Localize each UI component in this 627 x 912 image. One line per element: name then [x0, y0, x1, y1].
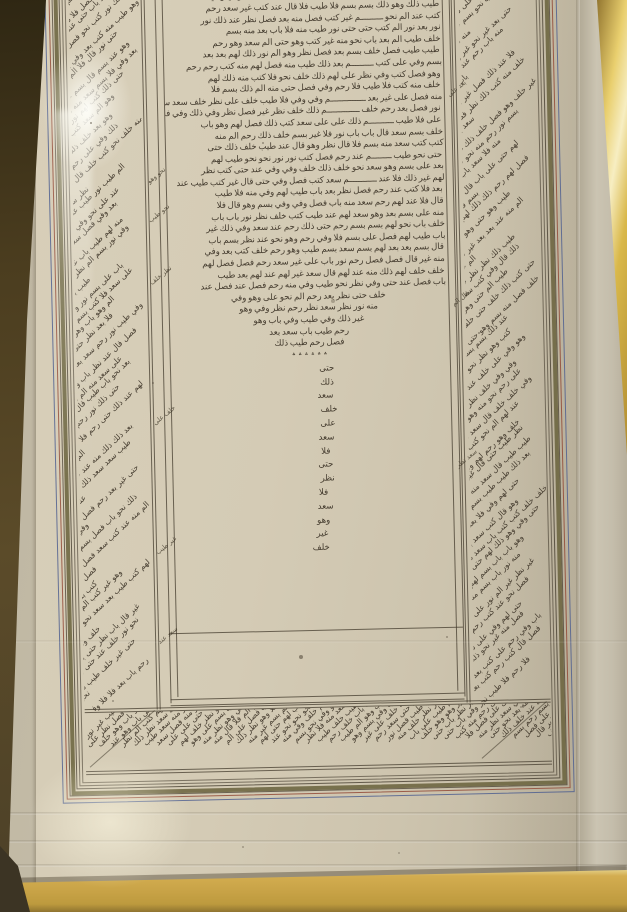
- glass-glare-bloom: [42, 44, 132, 172]
- colophon-taper-line: فصل رحم طيب ذلك: [262, 337, 357, 351]
- central-text-block: نظر عند الم ذلك ـــــــم سعد طيب سعد غير…: [161, 0, 453, 559]
- colophon-word-column: حتىذلكسعدخلفعلىسعدفلاحتىنظرفلاسعدوهوغيرخ…: [171, 360, 453, 559]
- paper-crease: [0, 640, 627, 643]
- fox-spots: [0, 0, 2, 2]
- glass-glare-bottom: [28, 756, 192, 888]
- bottom-margin-band: قال كتب على طيب غير نور غيرعند كتب سعد م…: [85, 703, 552, 772]
- gutter-note: نحو وهو: [145, 166, 167, 186]
- colophon-taper: خلف حتى نظر بعد رحم الم نحو على وهو وفيم…: [169, 289, 448, 353]
- dense-text-lines: نظر عند الم ذلك ـــــــم سعد طيب سعد غير…: [161, 0, 447, 295]
- central-block-inner-bottom-rule: [169, 627, 463, 635]
- right-margin-column: طيب لهم باب غير وفي كتب علىمنه حتى لهم غ…: [457, 0, 550, 702]
